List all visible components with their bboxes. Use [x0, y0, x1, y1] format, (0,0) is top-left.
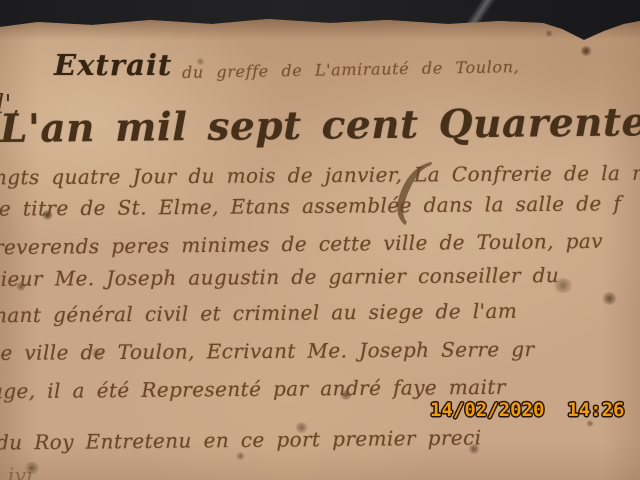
manuscript-header-word: Extrait	[54, 48, 172, 82]
foxing-spot	[602, 292, 617, 305]
foxing-spot	[586, 420, 594, 427]
manuscript-line: nant général civil et criminel au siege …	[0, 299, 517, 328]
manuscript-header-rest: du greffe de L'amirauté de Toulon,	[182, 57, 520, 82]
pen-flourish: (	[387, 144, 433, 234]
manuscript-line: ngts quatre Jour du mois de janvier, La …	[0, 161, 640, 190]
manuscript-line: te ville de Toulon, Ecrivant Me. Joseph …	[0, 337, 535, 365]
manuscript-line: sieur Me. Joseph augustin de garnier con…	[0, 263, 559, 291]
camera-timestamp: 14/02/2020 14:26	[430, 399, 624, 421]
manuscript-line: du Roy Entretenu en ce port premier prec…	[0, 425, 482, 454]
manuscript-line: reverends peres minimes de cette ville d…	[0, 229, 603, 259]
foxing-spot	[236, 452, 245, 460]
manuscript-line: le titre de St. Elme, Etans assemblée da…	[0, 191, 621, 220]
foxing-spot	[545, 30, 553, 37]
foxing-spot	[580, 46, 592, 56]
manuscript-title-line: L'an mil sept cent Quarente et le	[0, 98, 640, 152]
manuscript-line-faint: ivi	[8, 463, 33, 480]
manuscript-photo: Extrait du greffe de L'amirauté de Toulo…	[0, 0, 640, 480]
